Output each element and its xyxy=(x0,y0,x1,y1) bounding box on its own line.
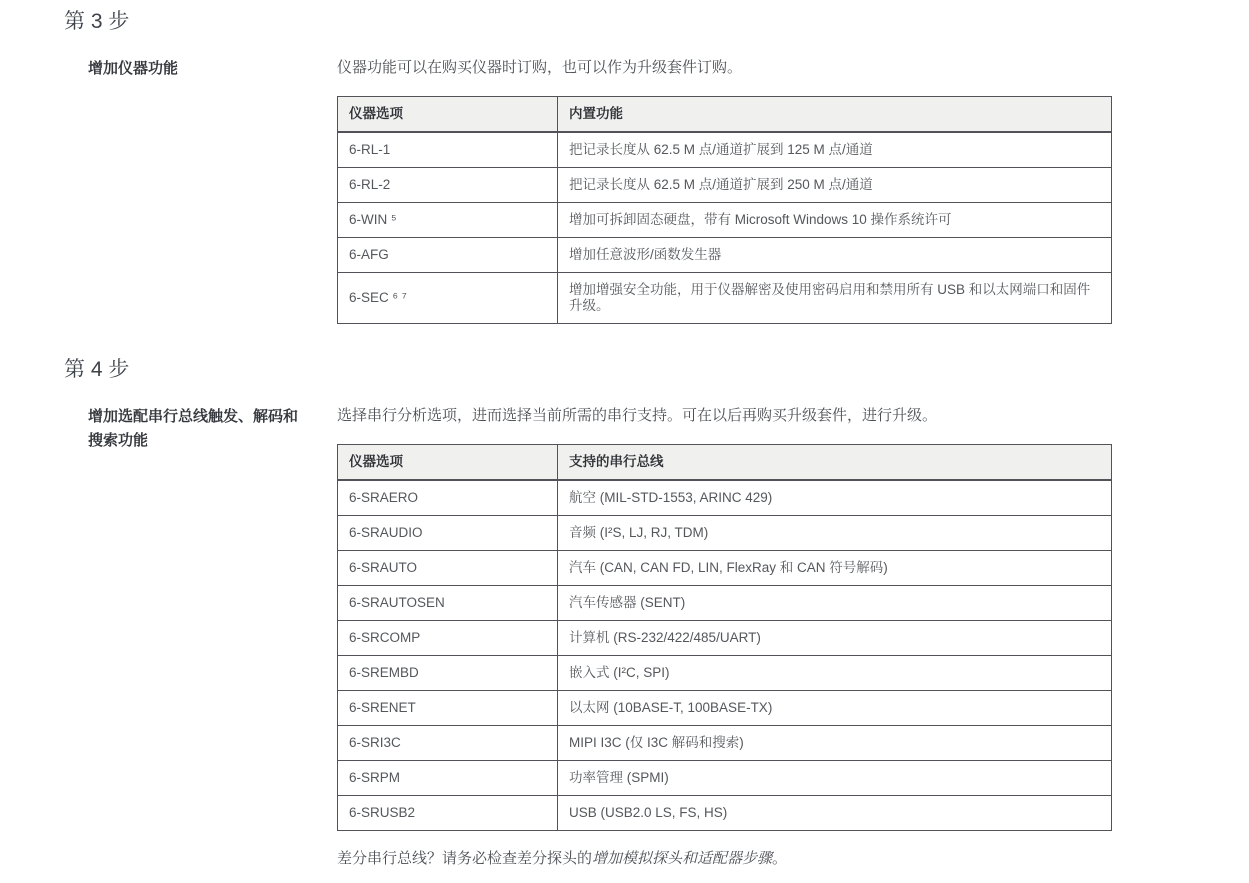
option-cell: 6-SRAUTO xyxy=(338,551,558,586)
bus-cell: USB (USB2.0 LS, FS, HS) xyxy=(558,796,1112,831)
step-3-content: 仪器功能可以在购买仪器时订购，也可以作为升级套件订购。 仪器选项 内置功能 6-… xyxy=(337,57,1124,324)
step-4-heading: 第 4 步 xyxy=(64,356,1249,383)
bus-cell: 音频 (I²S, LJ, RJ, TDM) xyxy=(558,516,1112,551)
section-step-3: 第 3 步 增加仪器功能 仪器功能可以在购买仪器时订购，也可以作为升级套件订购。… xyxy=(0,8,1249,324)
table-row: 6-SRPM 功率管理 (SPMI) xyxy=(338,761,1112,796)
option-cell: 6-SRPM xyxy=(338,761,558,796)
feature-cell: 增加任意波形/函数发生器 xyxy=(558,238,1112,273)
option-cell: 6-SRAERO xyxy=(338,480,558,516)
option-cell: 6-RL-2 xyxy=(338,168,558,203)
table-header-row: 仪器选项 支持的串行总线 xyxy=(338,445,1112,481)
table-row: 6-SEC ⁶ ⁷ 增加增强安全功能，用于仪器解密及使用密码启用和禁用所有 US… xyxy=(338,273,1112,324)
table-row: 6-SRUSB2 USB (USB2.0 LS, FS, HS) xyxy=(338,796,1112,831)
option-cell: 6-SRAUDIO xyxy=(338,516,558,551)
feature-cell: 把记录长度从 62.5 M 点/通道扩展到 125 M 点/通道 xyxy=(558,132,1112,168)
table-row: 6-SRAUTOSEN 汽车传感器 (SENT) xyxy=(338,586,1112,621)
note-step-reference: 增加模拟探头和适配器步骤 xyxy=(592,850,772,867)
step-3-intro: 仪器功能可以在购买仪器时订购，也可以作为升级套件订购。 xyxy=(337,57,1124,78)
table-row: 6-SRI3C MIPI I3C (仅 I3C 解码和搜索) xyxy=(338,726,1112,761)
column-header-option: 仪器选项 xyxy=(338,97,558,133)
differential-bus-note: 差分串行总线？请务必检查差分探头的增加模拟探头和适配器步骤。 xyxy=(337,848,1249,869)
note-period: 。 xyxy=(772,850,787,867)
note-text: 差分串行总线？请务必检查差分探头的 xyxy=(337,850,592,867)
instrument-options-table: 仪器选项 内置功能 6-RL-1 把记录长度从 62.5 M 点/通道扩展到 1… xyxy=(337,96,1112,324)
feature-cell: 把记录长度从 62.5 M 点/通道扩展到 250 M 点/通道 xyxy=(558,168,1112,203)
table-row: 6-SRCOMP 计算机 (RS-232/422/485/UART) xyxy=(338,621,1112,656)
bus-cell: 以太网 (10BASE-T, 100BASE-TX) xyxy=(558,691,1112,726)
option-cell: 6-WIN ⁵ xyxy=(338,203,558,238)
feature-cell: 增加可拆卸固态硬盘，带有 Microsoft Windows 10 操作系统许可 xyxy=(558,203,1112,238)
bus-cell: 嵌入式 (I²C, SPI) xyxy=(558,656,1112,691)
table-row: 6-SRAUDIO 音频 (I²S, LJ, RJ, TDM) xyxy=(338,516,1112,551)
bus-cell: 计算机 (RS-232/422/485/UART) xyxy=(558,621,1112,656)
step-3-heading: 第 3 步 xyxy=(64,8,1249,35)
serial-bus-options-table: 仪器选项 支持的串行总线 6-SRAERO 航空 (MIL-STD-1553, … xyxy=(337,444,1112,831)
option-cell: 6-SEC ⁶ ⁷ xyxy=(338,273,558,324)
option-cell: 6-SRUSB2 xyxy=(338,796,558,831)
option-cell: 6-SRCOMP xyxy=(338,621,558,656)
option-cell: 6-AFG xyxy=(338,238,558,273)
option-cell: 6-SRI3C xyxy=(338,726,558,761)
table-row: 6-RL-1 把记录长度从 62.5 M 点/通道扩展到 125 M 点/通道 xyxy=(338,132,1112,168)
table-row: 6-WIN ⁵ 增加可拆卸固态硬盘，带有 Microsoft Windows 1… xyxy=(338,203,1112,238)
step-4-intro: 选择串行分析选项，进而选择当前所需的串行支持。可在以后再购买升级套件，进行升级。 xyxy=(337,405,1124,426)
table-row: 6-SRENET 以太网 (10BASE-T, 100BASE-TX) xyxy=(338,691,1112,726)
table-row: 6-RL-2 把记录长度从 62.5 M 点/通道扩展到 250 M 点/通道 xyxy=(338,168,1112,203)
bus-cell: 汽车 (CAN, CAN FD, LIN, FlexRay 和 CAN 符号解码… xyxy=(558,551,1112,586)
bus-cell: 航空 (MIL-STD-1553, ARINC 429) xyxy=(558,480,1112,516)
table-row: 6-SRAERO 航空 (MIL-STD-1553, ARINC 429) xyxy=(338,480,1112,516)
step-4-content: 选择串行分析选项，进而选择当前所需的串行支持。可在以后再购买升级套件，进行升级。… xyxy=(337,405,1124,831)
bus-cell: MIPI I3C (仅 I3C 解码和搜索) xyxy=(558,726,1112,761)
step-3-body: 增加仪器功能 仪器功能可以在购买仪器时订购，也可以作为升级套件订购。 仪器选项 … xyxy=(88,57,1249,324)
table-row: 6-SRAUTO 汽车 (CAN, CAN FD, LIN, FlexRay 和… xyxy=(338,551,1112,586)
step-3-label: 增加仪器功能 xyxy=(88,57,310,81)
table-header-row: 仪器选项 内置功能 xyxy=(338,97,1112,133)
bus-cell: 功率管理 (SPMI) xyxy=(558,761,1112,796)
column-header-option: 仪器选项 xyxy=(338,445,558,481)
column-header-feature: 内置功能 xyxy=(558,97,1112,133)
option-cell: 6-SREMBD xyxy=(338,656,558,691)
bus-cell: 汽车传感器 (SENT) xyxy=(558,586,1112,621)
option-cell: 6-RL-1 xyxy=(338,132,558,168)
option-cell: 6-SRAUTOSEN xyxy=(338,586,558,621)
table-row: 6-SREMBD 嵌入式 (I²C, SPI) xyxy=(338,656,1112,691)
step-4-label: 增加选配串行总线触发、解码和搜索功能 xyxy=(88,405,310,453)
section-step-4: 第 4 步 增加选配串行总线触发、解码和搜索功能 选择串行分析选项，进而选择当前… xyxy=(0,356,1249,869)
table-row: 6-AFG 增加任意波形/函数发生器 xyxy=(338,238,1112,273)
option-cell: 6-SRENET xyxy=(338,691,558,726)
datasheet-page: 第 3 步 增加仪器功能 仪器功能可以在购买仪器时订购，也可以作为升级套件订购。… xyxy=(0,0,1249,883)
step-4-body: 增加选配串行总线触发、解码和搜索功能 选择串行分析选项，进而选择当前所需的串行支… xyxy=(88,405,1249,831)
feature-cell: 增加增强安全功能，用于仪器解密及使用密码启用和禁用所有 USB 和以太网端口和固… xyxy=(558,273,1112,324)
column-header-serial-bus: 支持的串行总线 xyxy=(558,445,1112,481)
